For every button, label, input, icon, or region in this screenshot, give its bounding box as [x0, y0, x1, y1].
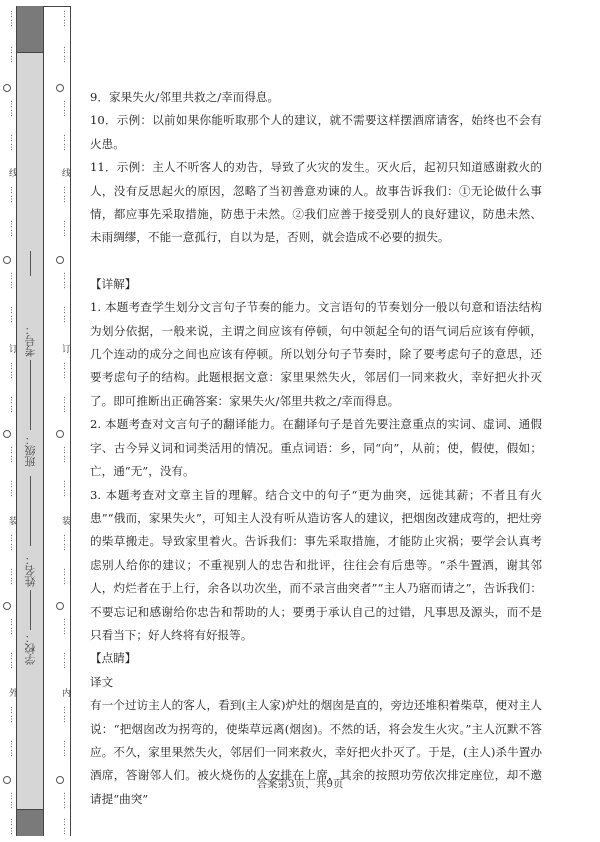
dotted-line: ⋯⋯ [0, 534, 16, 552]
answer-q11: 11．示例：主人不听客人的劝告，导致了火灾的发生。灭火后，起初只知道感谢救火的人… [90, 156, 542, 250]
dotted-line: ⋯⋯ [53, 534, 69, 552]
strip-char-bind: 订 [0, 344, 16, 353]
strip-char-line: 线 [0, 168, 16, 177]
inner-cut-column: ⋯⋯ ⋯⋯ ⋯⋯ ⋯⋯ 线 ⋯⋯ ⋯⋯ ⋯⋯ ⋯⋯ 订 ⋯⋯ ⋯⋯ ⋯⋯ ⋯⋯ … [53, 6, 69, 836]
student-info-band: 考号： 班级： 姓名： 学校： [16, 6, 44, 836]
commentary-heading: 【点睛】 [90, 647, 542, 670]
dotted-line: ⋯⋯ [0, 568, 16, 586]
circle-icon [56, 602, 64, 610]
translation-text: 有一个过访主人的客人，看到(主人家)炉灶的烟囱是直的，旁边还堆积着柴草，便对主人… [90, 694, 542, 811]
detail-heading: 【详解】 [90, 273, 542, 296]
answer-q9: 9．家果失火/邻里共救之/幸而得息。 [90, 86, 542, 109]
page-footer: 答案第3页，共9页 [0, 776, 600, 791]
dotted-line: ⋯⋯ [0, 740, 16, 758]
answer-q10: 10．示例：以前如果你能听取那个人的建议，就不需要这样摆酒席请客，始终也不会有火… [90, 109, 542, 156]
dotted-line: ⋯⋯ [53, 396, 69, 414]
dotted-line: ⋯⋯ [53, 480, 69, 498]
dotted-line: ⋯⋯ [0, 706, 16, 724]
detail-item-3: 3. 本题考查对文章主旨的理解。结合文中的句子“更为曲突，远徙其薪；不者且有火患… [90, 484, 542, 648]
school-label: 学校： [23, 632, 39, 665]
dotted-line: ⋯⋯ [53, 134, 69, 152]
dotted-line: ⋯⋯ [0, 100, 16, 118]
circle-icon [3, 430, 11, 438]
dotted-line: ⋯⋯ [53, 306, 69, 324]
blank-line-exam-no[interactable] [30, 251, 31, 276]
strip-char-line: 线 [53, 168, 69, 177]
circle-icon [3, 256, 11, 264]
dotted-line: ⋯⋯ [53, 272, 69, 290]
dotted-line: ⋯⋯ [0, 446, 16, 464]
answer-content: 9．家果失火/邻里共救之/幸而得息。 10．示例：以前如果你能听取那个人的建议，… [90, 86, 542, 811]
dotted-line: ⋯⋯ [53, 652, 69, 670]
circle-icon [56, 430, 64, 438]
dotted-line: ⋯⋯ [0, 306, 16, 324]
band-cap-bottom [17, 809, 43, 836]
dotted-line: ⋯⋯ [53, 446, 69, 464]
dotted-line: ⋯⋯ [0, 792, 16, 810]
dotted-line: ⋯⋯ [53, 100, 69, 118]
class-label: 班级： [23, 434, 39, 467]
strip-char-bind: 订 [53, 344, 69, 353]
strip-char-fasten: 装 [0, 516, 16, 525]
strip-char-fasten: 装 [53, 516, 69, 525]
dotted-line: ⋯⋯ [53, 10, 69, 28]
dotted-line: ⋯⋯ [53, 792, 69, 810]
detail-item-2: 2. 本题考查对文言句子的翻译能力。在翻译句子是首先要注意重点的实词、虚词、通假… [90, 413, 542, 483]
detail-item-1: 1. 本题考查学生划分文言句子节奏的能力。文言语句的节奏划分一般以句意和语法结构… [90, 296, 542, 413]
dotted-line: ⋯⋯ [0, 134, 16, 152]
dotted-line: ⋯⋯ [53, 706, 69, 724]
name-label: 姓名： [23, 554, 39, 587]
dotted-line: ⋯⋯ [53, 818, 69, 836]
dotted-line: ⋯⋯ [0, 652, 16, 670]
dotted-line: ⋯⋯ [53, 220, 69, 238]
blank-line-name[interactable] [30, 476, 31, 546]
circle-icon [56, 256, 64, 264]
band-cap-top [17, 6, 43, 53]
dotted-line: ⋯⋯ [0, 46, 16, 64]
circle-icon [3, 84, 11, 92]
dotted-line: ⋯⋯ [0, 186, 16, 204]
dotted-line: ⋯⋯ [53, 740, 69, 758]
dotted-line: ⋯⋯ [53, 186, 69, 204]
dotted-line: ⋯⋯ [0, 818, 16, 836]
strip-char-outer: 外 [0, 688, 16, 697]
dotted-line: ⋯⋯ [53, 362, 69, 380]
dotted-line: ⋯⋯ [0, 272, 16, 290]
dotted-line: ⋯⋯ [0, 362, 16, 380]
dotted-line: ⋯⋯ [0, 480, 16, 498]
dotted-line: ⋯⋯ [53, 618, 69, 636]
dotted-line: ⋯⋯ [0, 618, 16, 636]
dotted-line: ⋯⋯ [53, 568, 69, 586]
dotted-line: ⋯⋯ [0, 396, 16, 414]
dotted-line: ⋯⋯ [53, 46, 69, 64]
blank-line-school[interactable] [30, 590, 31, 630]
strip-right-rule [70, 6, 71, 836]
exam-no-label: 考号： [23, 324, 39, 357]
blank-line-class[interactable] [30, 360, 31, 430]
dotted-line: ⋯⋯ [0, 220, 16, 238]
spacer [90, 250, 542, 273]
binding-strip: ⋯⋯ ⋯⋯ ⋯⋯ ⋯⋯ 线 ⋯⋯ ⋯⋯ ⋯⋯ ⋯⋯ 订 ⋯⋯ ⋯⋯ ⋯⋯ ⋯⋯ … [0, 0, 72, 842]
circle-icon [56, 84, 64, 92]
strip-char-inner: 内 [53, 688, 69, 697]
translation-subheading: 译文 [90, 671, 542, 694]
circle-icon [3, 602, 11, 610]
outer-cut-column: ⋯⋯ ⋯⋯ ⋯⋯ ⋯⋯ 线 ⋯⋯ ⋯⋯ ⋯⋯ ⋯⋯ 订 ⋯⋯ ⋯⋯ ⋯⋯ ⋯⋯ … [0, 6, 16, 836]
dotted-line: ⋯⋯ [0, 10, 16, 28]
